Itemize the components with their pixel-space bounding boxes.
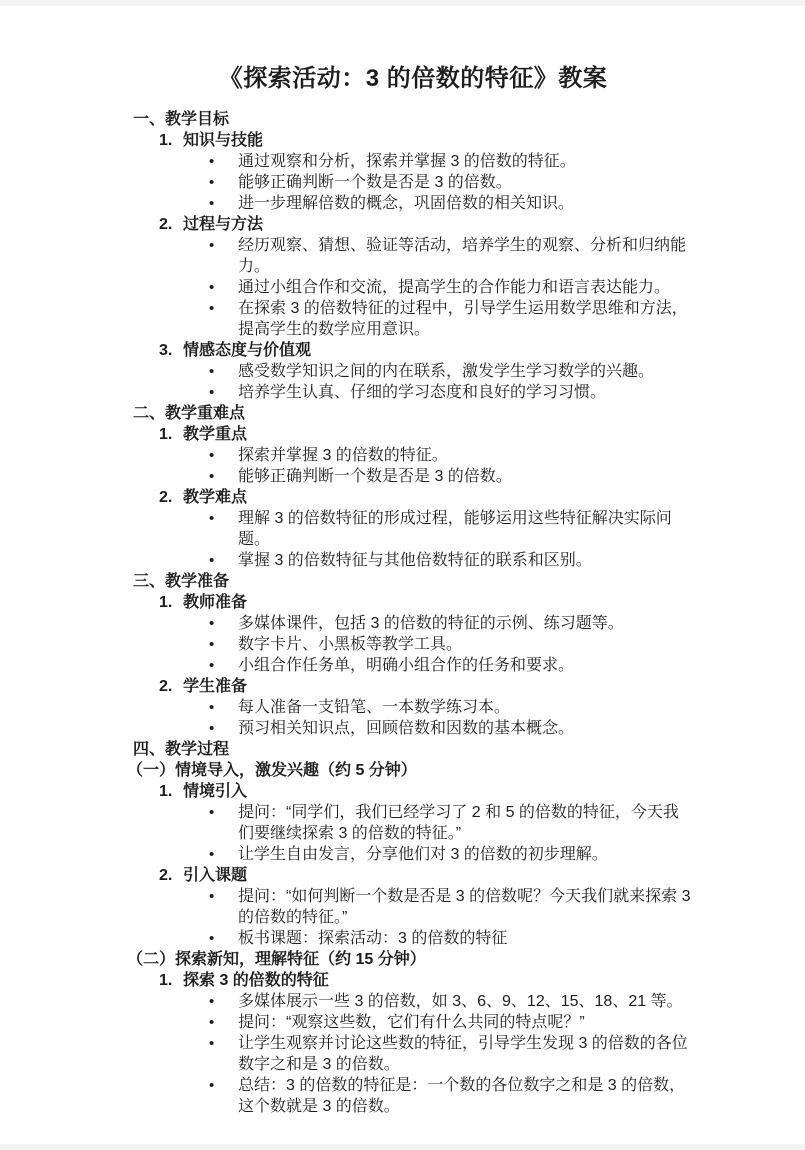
bullet-text: 数字卡片、小黑板等教学工具。	[238, 636, 462, 653]
item-text: 探索 3 的倍数的特征	[183, 972, 329, 989]
item-number: 2.	[159, 676, 172, 697]
bullet-text: 掌握 3 的倍数特征与其他倍数特征的联系和区别。	[238, 552, 592, 569]
bullet-item: •进一步理解倍数的概念，巩固倍数的相关知识。	[133, 193, 693, 214]
document-content: 《探索活动：3 的倍数的特征》教案 一、教学目标1.知识与技能•通过观察和分析，…	[0, 6, 805, 1117]
subsection-heading: （一）情境导入，激发兴趣（约 5 分钟）	[127, 760, 693, 781]
bullet-icon: •	[209, 991, 214, 1012]
item-text: 引入课题	[183, 867, 247, 884]
bullet-icon: •	[209, 655, 214, 676]
numbered-heading: 2.引入课题	[133, 865, 693, 886]
bullet-item: •掌握 3 的倍数特征与其他倍数特征的联系和区别。	[133, 550, 693, 571]
item-number: 1.	[159, 424, 172, 445]
bullet-icon: •	[209, 151, 214, 172]
bullet-item: •数字卡片、小黑板等教学工具。	[133, 634, 693, 655]
bullet-icon: •	[209, 634, 214, 655]
item-text: 过程与方法	[183, 216, 263, 233]
bullet-text: 探索并掌握 3 的倍数的特征。	[238, 447, 448, 464]
bullet-text: 预习相关知识点，回顾倍数和因数的基本概念。	[238, 720, 574, 737]
bullet-icon: •	[209, 172, 214, 193]
bullet-text: 让学生自由发言，分享他们对 3 的倍数的初步理解。	[238, 846, 608, 863]
section-heading: 三、教学准备	[133, 571, 693, 592]
bullet-icon: •	[209, 298, 214, 319]
bullet-icon: •	[209, 802, 214, 823]
section-heading: 一、教学目标	[133, 109, 693, 130]
bullet-item: •经历观察、猜想、验证等活动，培养学生的观察、分析和归纳能力。	[133, 235, 693, 277]
bullet-item: •感受数学知识之间的内在联系，激发学生学习数学的兴趣。	[133, 361, 693, 382]
numbered-heading: 1.探索 3 的倍数的特征	[133, 970, 693, 991]
bullet-icon: •	[209, 508, 214, 529]
bullet-item: •多媒体课件，包括 3 的倍数的特征的示例、练习题等。	[133, 613, 693, 634]
bullet-text: 感受数学知识之间的内在联系，激发学生学习数学的兴趣。	[238, 363, 654, 380]
bullet-text: 能够正确判断一个数是否是 3 的倍数。	[238, 174, 512, 191]
bullet-icon: •	[209, 1075, 214, 1096]
bullet-item: •小组合作任务单，明确小组合作的任务和要求。	[133, 655, 693, 676]
bullet-item: •通过小组合作和交流，提高学生的合作能力和语言表达能力。	[133, 277, 693, 298]
bullet-icon: •	[209, 361, 214, 382]
bullet-icon: •	[209, 1033, 214, 1054]
bullet-text: 提问：“同学们，我们已经学习了 2 和 5 的倍数的特征，今天我们要继续探索 3…	[238, 804, 679, 842]
bullet-text: 在探索 3 的倍数特征的过程中，引导学生运用数学思维和方法，提高学生的数学应用意…	[238, 300, 688, 338]
numbered-heading: 2.教学难点	[133, 487, 693, 508]
bullet-item: •让学生观察并讨论这些数的特征，引导学生发现 3 的倍数的各位数字之和是 3 的…	[133, 1033, 693, 1075]
item-text: 情感态度与价值观	[183, 342, 311, 359]
bullet-text: 进一步理解倍数的概念，巩固倍数的相关知识。	[238, 195, 574, 212]
bullet-text: 板书课题：探索活动：3 的倍数的特征	[238, 930, 507, 947]
bullet-item: •探索并掌握 3 的倍数的特征。	[133, 445, 693, 466]
numbered-heading: 1.教学重点	[133, 424, 693, 445]
item-text: 教学难点	[183, 489, 247, 506]
section-heading: 二、教学重难点	[133, 403, 693, 424]
bullet-text: 让学生观察并讨论这些数的特征，引导学生发现 3 的倍数的各位数字之和是 3 的倍…	[238, 1035, 688, 1073]
bullet-text: 培养学生认真、仔细的学习态度和良好的学习习惯。	[238, 384, 606, 401]
bullet-text: 经历观察、猜想、验证等活动，培养学生的观察、分析和归纳能力。	[238, 237, 686, 275]
section-heading: 四、教学过程	[133, 739, 693, 760]
bullet-item: •理解 3 的倍数特征的形成过程，能够运用这些特征解决实际问题。	[133, 508, 693, 550]
numbered-heading: 1.知识与技能	[133, 130, 693, 151]
bullet-icon: •	[209, 193, 214, 214]
item-text: 知识与技能	[183, 132, 263, 149]
bullet-item: •板书课题：探索活动：3 的倍数的特征	[133, 928, 693, 949]
bullet-item: •让学生自由发言，分享他们对 3 的倍数的初步理解。	[133, 844, 693, 865]
item-number: 1.	[159, 970, 172, 991]
document-page: 《探索活动：3 的倍数的特征》教案 一、教学目标1.知识与技能•通过观察和分析，…	[0, 6, 805, 1144]
bullet-icon: •	[209, 613, 214, 634]
bullet-item: •培养学生认真、仔细的学习态度和良好的学习习惯。	[133, 382, 693, 403]
bullet-item: •提问：“观察这些数，它们有什么共同的特点呢？”	[133, 1012, 693, 1033]
bullet-text: 每人准备一支铅笔、一本数学练习本。	[238, 699, 510, 716]
numbered-heading: 2.过程与方法	[133, 214, 693, 235]
item-text: 教学重点	[183, 426, 247, 443]
bullet-item: •每人准备一支铅笔、一本数学练习本。	[133, 697, 693, 718]
item-number: 3.	[159, 340, 172, 361]
bullet-icon: •	[209, 235, 214, 256]
item-text: 情境引入	[183, 783, 247, 800]
bullet-text: 提问：“观察这些数，它们有什么共同的特点呢？”	[238, 1014, 585, 1031]
item-number: 2.	[159, 214, 172, 235]
bullet-icon: •	[209, 886, 214, 907]
numbered-heading: 2.学生准备	[133, 676, 693, 697]
bullet-text: 理解 3 的倍数特征的形成过程，能够运用这些特征解决实际问题。	[238, 510, 672, 548]
bullet-icon: •	[209, 928, 214, 949]
bullet-icon: •	[209, 718, 214, 739]
bullet-item: •能够正确判断一个数是否是 3 的倍数。	[133, 172, 693, 193]
bullet-text: 小组合作任务单，明确小组合作的任务和要求。	[238, 657, 574, 674]
item-text: 学生准备	[183, 678, 247, 695]
bullet-icon: •	[209, 1012, 214, 1033]
bullet-text: 多媒体展示一些 3 的倍数，如 3、6、9、12、15、18、21 等。	[238, 993, 683, 1010]
document-body: 一、教学目标1.知识与技能•通过观察和分析，探索并掌握 3 的倍数的特征。•能够…	[133, 109, 693, 1117]
bullet-icon: •	[209, 466, 214, 487]
bullet-icon: •	[209, 445, 214, 466]
bullet-item: •能够正确判断一个数是否是 3 的倍数。	[133, 466, 693, 487]
bullet-icon: •	[209, 697, 214, 718]
document-title: 《探索活动：3 的倍数的特征》教案	[133, 6, 693, 96]
numbered-heading: 1.教师准备	[133, 592, 693, 613]
bullet-text: 总结：3 的倍数的特征是：一个数的各位数字之和是 3 的倍数，这个数就是 3 的…	[238, 1077, 685, 1115]
bullet-icon: •	[209, 382, 214, 403]
item-number: 1.	[159, 130, 172, 151]
item-text: 教师准备	[183, 594, 247, 611]
bullet-item: •提问：“如何判断一个数是否是 3 的倍数呢？今天我们就来探索 3 的倍数的特征…	[133, 886, 693, 928]
item-number: 1.	[159, 781, 172, 802]
item-number: 2.	[159, 487, 172, 508]
bullet-item: •多媒体展示一些 3 的倍数，如 3、6、9、12、15、18、21 等。	[133, 991, 693, 1012]
bullet-text: 通过观察和分析，探索并掌握 3 的倍数的特征。	[238, 153, 576, 170]
bullet-icon: •	[209, 844, 214, 865]
numbered-heading: 1.情境引入	[133, 781, 693, 802]
bullet-text: 能够正确判断一个数是否是 3 的倍数。	[238, 468, 512, 485]
bullet-text: 通过小组合作和交流，提高学生的合作能力和语言表达能力。	[238, 279, 670, 296]
subsection-heading: （二）探索新知，理解特征（约 15 分钟）	[127, 949, 693, 970]
bullet-text: 提问：“如何判断一个数是否是 3 的倍数呢？今天我们就来探索 3 的倍数的特征。…	[238, 888, 690, 926]
bullet-item: •预习相关知识点，回顾倍数和因数的基本概念。	[133, 718, 693, 739]
bullet-item: •通过观察和分析，探索并掌握 3 的倍数的特征。	[133, 151, 693, 172]
bullet-item: •在探索 3 的倍数特征的过程中，引导学生运用数学思维和方法，提高学生的数学应用…	[133, 298, 693, 340]
bullet-icon: •	[209, 550, 214, 571]
bullet-icon: •	[209, 277, 214, 298]
bullet-item: •提问：“同学们，我们已经学习了 2 和 5 的倍数的特征，今天我们要继续探索 …	[133, 802, 693, 844]
bullet-item: •总结：3 的倍数的特征是：一个数的各位数字之和是 3 的倍数，这个数就是 3 …	[133, 1075, 693, 1117]
item-number: 2.	[159, 865, 172, 886]
item-number: 1.	[159, 592, 172, 613]
numbered-heading: 3.情感态度与价值观	[133, 340, 693, 361]
bullet-text: 多媒体课件，包括 3 的倍数的特征的示例、练习题等。	[238, 615, 624, 632]
